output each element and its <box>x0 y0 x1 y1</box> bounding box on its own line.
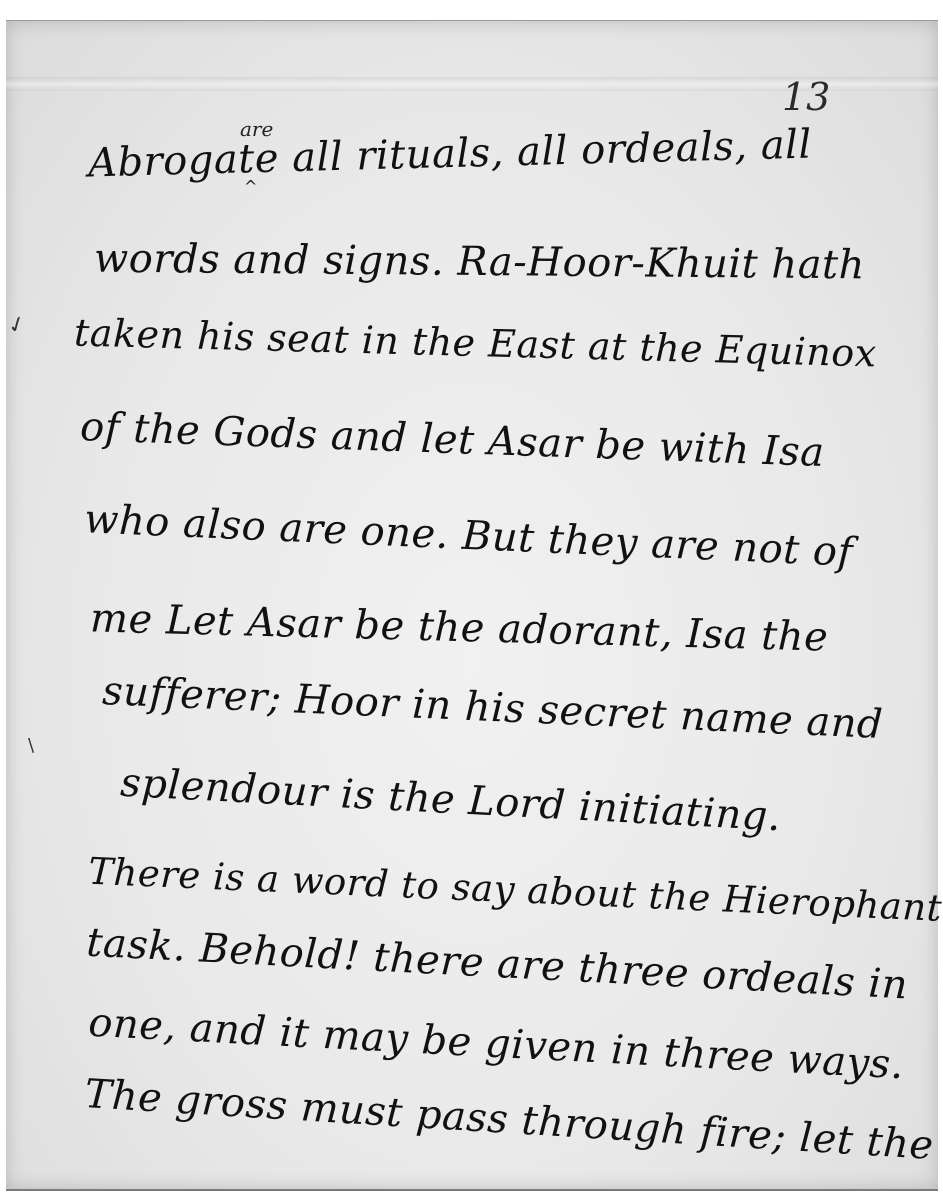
manuscript-line-8: splendour is the Lord initiating. <box>119 760 782 841</box>
page-number: 13 <box>782 75 830 119</box>
manuscript-line-7: sufferer; Hoor in his secret name and <box>101 668 884 748</box>
manuscript-line-9: There is a word to say about the Hieroph… <box>87 850 943 932</box>
manuscript-line-6: me Let Asar be the adorant, Isa the <box>90 595 829 660</box>
manuscript-line-5: who also are one. But they are not of <box>83 496 853 576</box>
manuscript-line-3: taken his seat in the East at the Equino… <box>74 311 878 376</box>
manuscript-line-2: words and signs. Ra-Hoor-Khuit hath <box>94 236 865 289</box>
margin-tick-mark: \ <box>28 735 34 756</box>
manuscript-line-12: The gross must pass through fire; let th… <box>83 1071 935 1169</box>
manuscript-line-4: of the Gods and let Asar be with Isa <box>79 404 825 476</box>
margin-check-mark: ✓ <box>4 311 30 341</box>
manuscript-line-10: task. Behold! there are three ordeals in <box>85 920 909 1009</box>
manuscript-page: 13 are ^ ✓ \ Abrogate all rituals, all o… <box>6 20 938 1191</box>
manuscript-line-11: one, and it may be given in three ways. <box>87 1000 905 1089</box>
manuscript-line-1: Abrogate all rituals, all ordeals, all <box>88 122 813 187</box>
